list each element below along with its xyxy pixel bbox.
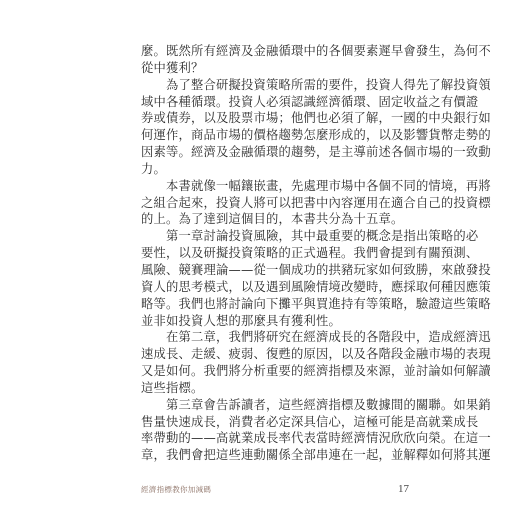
paragraph-start-line: 本書就像一幅鑲嵌畫，先處理市場中各個不同的情境，再將 bbox=[141, 178, 411, 195]
text-line: 速成長、走緩、疲弱、復甦的原因，以及各階段金融市場的表現 bbox=[141, 346, 411, 363]
text-line: 資人的思考模式，以及遇到風險情境改變時，應採取何種因應策 bbox=[141, 279, 411, 296]
text-line: 力。 bbox=[141, 161, 411, 178]
paragraph-start-line: 為了整合研擬投資策略所需的要件，投資人得先了解投資領 bbox=[141, 77, 411, 94]
text-line: 因素等。經濟及金融循環的趨勢，是主導前述各個市場的一致動 bbox=[141, 144, 411, 161]
text-line: 略等。我們也將討論向下攤平與買進持有等策略，驗證這些策略 bbox=[141, 296, 411, 313]
page-number: 17 bbox=[398, 483, 409, 495]
text-line: 要性，以及研擬投資策略的正式過程。我們會提到有關預測、 bbox=[141, 245, 411, 262]
text-line: 又是如何。我們將分析重要的經濟指標及來源，並討論如何解讀 bbox=[141, 363, 411, 380]
text-line: 麼。既然所有經濟及金融循環中的各個要素遲早會發生，為何不 bbox=[141, 43, 411, 60]
running-footer-book-title: 經濟指標教你加減碼 bbox=[141, 484, 211, 495]
text-line: 券或債券，以及股票市場；他們也必須了解，一國的中央銀行如 bbox=[141, 110, 411, 127]
text-line: 風險、競賽理論——從一個成功的拱豬玩家如何致勝，來啟發投 bbox=[141, 262, 411, 279]
text-line: 章，我們會把這些連動關係全部串連在一起，並解釋如何將其運 bbox=[141, 447, 411, 464]
text-line: 售量快速成長，消費者必定深具信心，這極可能是高就業成長 bbox=[141, 414, 411, 431]
text-line: 這些指標。 bbox=[141, 380, 411, 397]
text-line: 域中各種循環。投資人必須認識經濟循環、固定收益之有價證 bbox=[141, 94, 411, 111]
paragraph-start-line: 第一章討論投資風險，其中最重要的概念是指出策略的必 bbox=[141, 228, 411, 245]
body-text: 麼。既然所有經濟及金融循環中的各個要素遲早會發生，為何不 從中獲利？ 為了整合研… bbox=[141, 43, 411, 464]
text-line: 並非如投資人想的那麼具有獲利性。 bbox=[141, 313, 411, 330]
paragraph-start-line: 在第二章，我們將研究在經濟成長的各階段中，造成經濟迅 bbox=[141, 329, 411, 346]
text-line: 何運作，商品市場的價格趨勢怎麼形成的，以及影響貨幣走勢的 bbox=[141, 127, 411, 144]
text-line: 從中獲利？ bbox=[141, 60, 411, 77]
text-line: 的上。為了達到這個目的，本書共分為十五章。 bbox=[141, 211, 411, 228]
text-line: 之組合起來，投資人將可以把書中內容運用在適合自己的投資標 bbox=[141, 195, 411, 212]
paragraph-start-line: 第三章會告訴讀者，這些經濟指標及數據間的關聯。如果銷 bbox=[141, 397, 411, 414]
text-line: 率帶動的——高就業成長率代表當時經濟情況欣欣向榮。在這一 bbox=[141, 430, 411, 447]
book-page: 麼。既然所有經濟及金融循環中的各個要素遲早會發生，為何不 從中獲利？ 為了整合研… bbox=[0, 0, 526, 526]
